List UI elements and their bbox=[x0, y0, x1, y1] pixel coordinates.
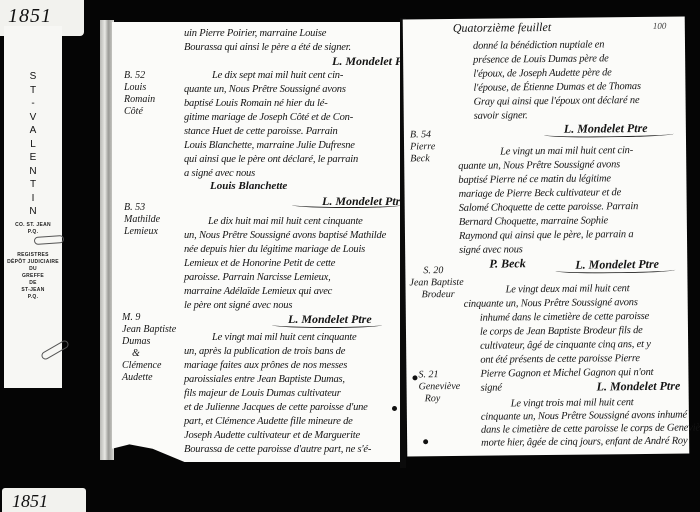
right-register-page: Quatorzième feuillet 100 B. 54 Pierre Be… bbox=[403, 17, 690, 457]
title-letter: E bbox=[4, 151, 62, 165]
entry-line: un, après la publication de trois bans d… bbox=[184, 346, 345, 358]
entry-line: part, et Clémence Audette fille mineure … bbox=[184, 416, 353, 428]
entry-line: Le dix sept mai mil huit cent cin- bbox=[212, 70, 343, 82]
info-line: DE bbox=[4, 280, 62, 287]
entry-line: signé bbox=[481, 382, 502, 394]
title-letter: V bbox=[4, 111, 62, 125]
godparent-signature: Louis Blanchette bbox=[210, 180, 287, 192]
info-line: GREFFE bbox=[4, 273, 62, 280]
margin-line: B. 52 bbox=[124, 70, 155, 82]
margin-line: Jean Baptiste bbox=[122, 324, 176, 336]
folio-header: Quatorzième feuillet bbox=[453, 20, 551, 36]
entry-line: Raymond qui ainsi que le père, le parrai… bbox=[459, 229, 634, 243]
parish-name-vertical: S T - V A L E N T I N bbox=[4, 70, 62, 219]
entry-line: l'épouse, de Étienne Dumas et de Thomas bbox=[473, 81, 640, 95]
entry-line: Le dix huit mai mil huit cent cinquante bbox=[208, 216, 363, 228]
info-line: DU bbox=[4, 266, 62, 273]
county-label: CO. ST. JEAN P.Q. bbox=[4, 222, 62, 236]
margin-line: Geneviève bbox=[419, 381, 461, 393]
entry-line: Le vingt un mai mil huit cent cin- bbox=[500, 145, 633, 158]
margin-line: Roy bbox=[419, 393, 461, 405]
entry-line: quante un, Nous Prêtre Soussigné avons bbox=[458, 159, 620, 173]
paper-clip-icon bbox=[40, 339, 70, 361]
margin-line: Beck bbox=[410, 153, 435, 165]
left-register-page: B. 52 Louis Romain Côté B. 53 Mathilde L… bbox=[112, 22, 402, 462]
entry-line: gitime mariage de Joseph Côté et de Con- bbox=[184, 112, 353, 124]
entry-line: inhumé dans le cimetière de cette parois… bbox=[480, 311, 649, 325]
margin-line: Mathilde bbox=[124, 214, 160, 226]
margin-note-b54: B. 54 Pierre Beck bbox=[410, 129, 436, 165]
info-line: REGISTRES bbox=[4, 252, 62, 259]
margin-line: Dumas bbox=[122, 336, 176, 348]
entry-line: le père ont signé avec nous bbox=[184, 300, 292, 312]
signature-flourish bbox=[544, 131, 674, 138]
entry-line: baptisé Pierre né ce matin du légitime bbox=[458, 173, 611, 187]
entry-line: donné la bénédiction nuptiale en bbox=[473, 39, 604, 52]
title-letter: - bbox=[4, 97, 62, 111]
margin-line: S. 20 bbox=[409, 265, 463, 278]
margin-line: S. 21 bbox=[418, 369, 460, 381]
title-letter: T bbox=[4, 84, 62, 98]
entry-line: quante un, Nous Prêtre Soussigné avons bbox=[184, 84, 346, 96]
title-letter: T bbox=[4, 178, 62, 192]
entry-line: mariage faites aux prônes de nos messes bbox=[184, 360, 347, 372]
margin-line: Côté bbox=[124, 106, 155, 118]
entry-line: uin Pierre Poirier, marraine Louise bbox=[184, 28, 326, 40]
county-line: CO. ST. JEAN bbox=[4, 222, 62, 229]
entry-line: cultivateur, âgé de cinquante cinq ans, … bbox=[480, 339, 651, 353]
entry-line: savoir signer. bbox=[474, 110, 528, 123]
page-number: 100 bbox=[653, 21, 667, 31]
title-letter: L bbox=[4, 138, 62, 152]
year-label-bottom: 1851 bbox=[12, 491, 48, 512]
entry-line: et de Julienne Jacques de cette paroisse… bbox=[184, 402, 368, 414]
entry-line: cinquante un, Nous Prêtre Soussigné avon… bbox=[464, 297, 638, 311]
margin-line: M. 9 bbox=[122, 312, 176, 324]
depot-info: REGISTRES DÉPÔT JUDICIAIRE DU GREFFE DE … bbox=[4, 252, 62, 301]
margin-line: Jean Baptiste bbox=[409, 277, 463, 290]
entry-line: un, Nous Prêtre Soussigné avons baptisé … bbox=[184, 230, 386, 242]
margin-line: B. 53 bbox=[124, 202, 160, 214]
margin-note-s21: S. 21 Geneviève Roy bbox=[418, 369, 460, 405]
margin-line: Romain bbox=[124, 94, 155, 106]
info-line: ST-JEAN bbox=[4, 287, 62, 294]
paper-clip-icon bbox=[34, 235, 64, 245]
tab-year-bottom: 1851 bbox=[2, 488, 86, 512]
father-signature: P. Beck bbox=[489, 256, 526, 271]
entry-line: Bernard Choquette, marraine Sophie bbox=[459, 215, 608, 229]
entry-line: Lemieux et de Honorine Petit de cette bbox=[184, 258, 335, 270]
entry-line: morte hier, âgée de cinq jours, enfant d… bbox=[481, 436, 687, 450]
book-spine-edge bbox=[100, 20, 114, 460]
title-letter: A bbox=[4, 124, 62, 138]
year-label-top: 1851 bbox=[8, 5, 52, 28]
entry-line: stance Huet de cette paroisse. Parrain bbox=[184, 126, 338, 138]
margin-line: Lemieux bbox=[124, 226, 160, 238]
entry-line: Bourassa qui ainsi le père a été de sign… bbox=[184, 42, 351, 54]
margin-note-b52: B. 52 Louis Romain Côté bbox=[124, 70, 155, 118]
title-letter: S bbox=[4, 70, 62, 84]
entry-line: Bourassa de cette paroisse d'autre part,… bbox=[184, 444, 371, 456]
entry-line: paroissiales entre Jean Baptiste Dumas, bbox=[184, 374, 345, 386]
entry-line: l'époux, de Joseph Audette père de bbox=[473, 67, 611, 80]
margin-note-s20: S. 20 Jean Baptiste Brodeur bbox=[409, 265, 464, 302]
info-line: DÉPÔT JUDICIAIRE bbox=[4, 259, 62, 266]
entry-line: baptisé Louis Romain né hier du lé- bbox=[184, 98, 328, 110]
margin-line: Audette bbox=[122, 372, 176, 384]
priest-signature: L. Mondelet Ptre bbox=[597, 379, 681, 395]
margin-note-b53: B. 53 Mathilde Lemieux bbox=[124, 202, 160, 238]
entry-line: ont été présents de cette paroisse Pierr… bbox=[480, 353, 640, 367]
entry-line: Gray qui ainsi que l'époux ont déclaré n… bbox=[474, 95, 640, 109]
entry-line: présence de Louis Dumas père de bbox=[473, 53, 609, 66]
margin-line: Brodeur bbox=[410, 289, 464, 302]
entry-line: paroisse. Parrain Narcisse Lemieux, bbox=[184, 272, 331, 284]
signature-flourish bbox=[292, 202, 402, 208]
entry-line: Le vingt deux mai mil huit cent bbox=[505, 283, 629, 296]
margin-line: Clémence bbox=[122, 360, 176, 372]
entry-line: Salomé Choquette de cette paroisse. Parr… bbox=[459, 201, 639, 215]
entry-line: marraine Adélaïde Lemieux qui avec bbox=[184, 286, 332, 298]
title-letter: N bbox=[4, 165, 62, 179]
entry-line: le corps de Jean Baptiste Brodeur fils d… bbox=[480, 325, 643, 339]
margin-line: Pierre bbox=[410, 141, 435, 153]
margin-line: Louis bbox=[124, 82, 155, 94]
margin-note-m9: M. 9 Jean Baptiste Dumas & Clémence Aude… bbox=[122, 312, 176, 384]
entry-line: mariage de Pierre Beck cultivateur et de bbox=[458, 187, 621, 201]
entry-line: Louis Blanchette, marraine Julie Dufresn… bbox=[184, 140, 355, 152]
entry-line: a signé avec nous bbox=[184, 168, 255, 180]
margin-line: B. 54 bbox=[410, 129, 435, 141]
signature-flourish bbox=[555, 267, 675, 274]
signature-flourish bbox=[272, 322, 382, 328]
ink-blot bbox=[423, 439, 428, 444]
info-line: P.Q. bbox=[4, 294, 62, 301]
ink-blot bbox=[392, 406, 397, 411]
entry-line: Joseph Audette cultivateur et de Marguer… bbox=[184, 430, 360, 442]
title-letter: N bbox=[4, 205, 62, 219]
register-index-tab: S T - V A L E N T I N CO. ST. JEAN P.Q. … bbox=[4, 26, 62, 388]
title-letter: I bbox=[4, 192, 62, 206]
entry-line: dans le cimetière de cette paroisse le c… bbox=[481, 422, 700, 436]
entry-line: qui ainsi que le père ont déclaré, le pa… bbox=[184, 154, 358, 166]
entry-line: Le vingt trois mai mil huit cent bbox=[511, 397, 634, 410]
ink-blot bbox=[412, 375, 417, 380]
entry-line: Le vingt mai mil huit cent cinquante bbox=[212, 332, 356, 344]
entry-line: cinquante un, Nous Prêtre Soussigné avon… bbox=[481, 410, 687, 424]
margin-line: & bbox=[122, 348, 176, 360]
entry-line: fils majeur de Louis Dumas cultivateur bbox=[184, 388, 341, 400]
entry-line: née depuis hier du légitime mariage de L… bbox=[184, 244, 365, 256]
entry-line: signé avec nous bbox=[459, 244, 523, 257]
